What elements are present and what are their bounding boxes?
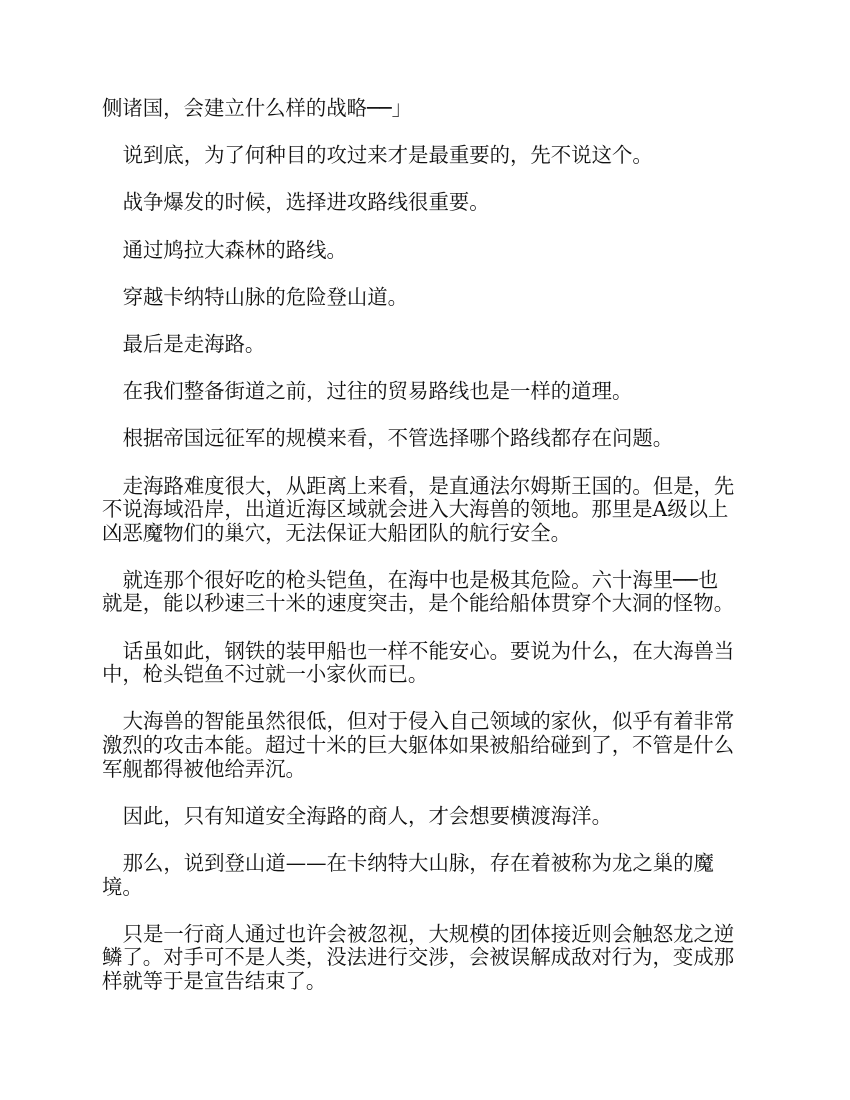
paragraph-9: 走海路难度很大，从距离上来看，是直通法尔姆斯王国的。但是，先 不说海域沿岸，出道…	[102, 475, 762, 546]
text-line: 穿越卡纳特山脉的危险登山道。	[102, 286, 762, 310]
text-line: 凶恶魔物们的巢穴，无法保证大船团队的航行安全。	[102, 522, 762, 546]
text-line: 样就等于是宣告结束了。	[102, 970, 762, 994]
text-line: 中，枪头铠鱼不过就一小家伙而已。	[102, 663, 762, 687]
text-line: 最后是走海路。	[102, 333, 762, 357]
text-line: 在我们整备街道之前，过往的贸易路线也是一样的道理。	[102, 380, 762, 404]
paragraph-15: 只是一行商人通过也许会被忽视，大规模的团体接近则会触怒龙之逆 鳞了。对手可不是人…	[102, 923, 762, 994]
paragraph-1: 侧诸国，会建立什么样的战略──」	[102, 97, 762, 121]
text-line: 激烈的攻击本能。超过十米的巨大躯体如果被船给碰到了，不管是什么	[102, 734, 762, 758]
paragraph-13: 因此，只有知道安全海路的商人，才会想要横渡海洋。	[102, 805, 762, 829]
paragraph-4: 通过鸠拉大森林的路线。	[102, 239, 762, 263]
text-line: 只是一行商人通过也许会被忽视，大规模的团体接近则会触怒龙之逆	[102, 923, 762, 947]
paragraph-11: 话虽如此，钢铁的装甲船也一样不能安心。要说为什么，在大海兽当 中，枪头铠鱼不过就…	[102, 640, 762, 687]
paragraph-12: 大海兽的智能虽然很低，但对于侵入自己领域的家伙，似乎有着非常 激烈的攻击本能。超…	[102, 710, 762, 781]
paragraph-6: 最后是走海路。	[102, 333, 762, 357]
text-line: 战争爆发的时候，选择进攻路线很重要。	[102, 191, 762, 215]
paragraph-7: 在我们整备街道之前，过往的贸易路线也是一样的道理。	[102, 380, 762, 404]
paragraph-14: 那么，说到登山道——在卡纳特大山脉，存在着被称为龙之巢的魔 境。	[102, 852, 762, 899]
text-line: 境。	[102, 876, 762, 900]
text-line: 通过鸠拉大森林的路线。	[102, 239, 762, 263]
text-line: 就是，能以秒速三十米的速度突击，是个能给船体贯穿个大洞的怪物。	[102, 592, 762, 616]
text-line: 话虽如此，钢铁的装甲船也一样不能安心。要说为什么，在大海兽当	[102, 640, 762, 664]
text-line: 根据帝国远征军的规模来看，不管选择哪个路线都存在问题。	[102, 427, 762, 451]
text-line: 因此，只有知道安全海路的商人，才会想要横渡海洋。	[102, 805, 762, 829]
text-line: 那么，说到登山道——在卡纳特大山脉，存在着被称为龙之巢的魔	[102, 852, 762, 876]
paragraph-3: 战争爆发的时候，选择进攻路线很重要。	[102, 191, 762, 215]
text-line: 军舰都得被他给弄沉。	[102, 758, 762, 782]
text-line: 大海兽的智能虽然很低，但对于侵入自己领域的家伙，似乎有着非常	[102, 710, 762, 734]
text-line: 不说海域沿岸，出道近海区域就会进入大海兽的领地。那里是A级以上	[102, 498, 762, 522]
text-line: 说到底，为了何种目的攻过来才是最重要的，先不说这个。	[102, 144, 762, 168]
paragraph-8: 根据帝国远征军的规模来看，不管选择哪个路线都存在问题。	[102, 427, 762, 451]
document-page: 侧诸国，会建立什么样的战略──」 说到底，为了何种目的攻过来才是最重要的，先不说…	[102, 97, 762, 1017]
text-line: 侧诸国，会建立什么样的战略──」	[102, 97, 762, 121]
text-line: 走海路难度很大，从距离上来看，是直通法尔姆斯王国的。但是，先	[102, 475, 762, 499]
paragraph-5: 穿越卡纳特山脉的危险登山道。	[102, 286, 762, 310]
text-line: 就连那个很好吃的枪头铠鱼，在海中也是极其危险。六十海里──也	[102, 569, 762, 593]
paragraph-2: 说到底，为了何种目的攻过来才是最重要的，先不说这个。	[102, 144, 762, 168]
paragraph-10: 就连那个很好吃的枪头铠鱼，在海中也是极其危险。六十海里──也 就是，能以秒速三十…	[102, 569, 762, 616]
text-line: 鳞了。对手可不是人类，没法进行交涉，会被误解成敌对行为，变成那	[102, 946, 762, 970]
